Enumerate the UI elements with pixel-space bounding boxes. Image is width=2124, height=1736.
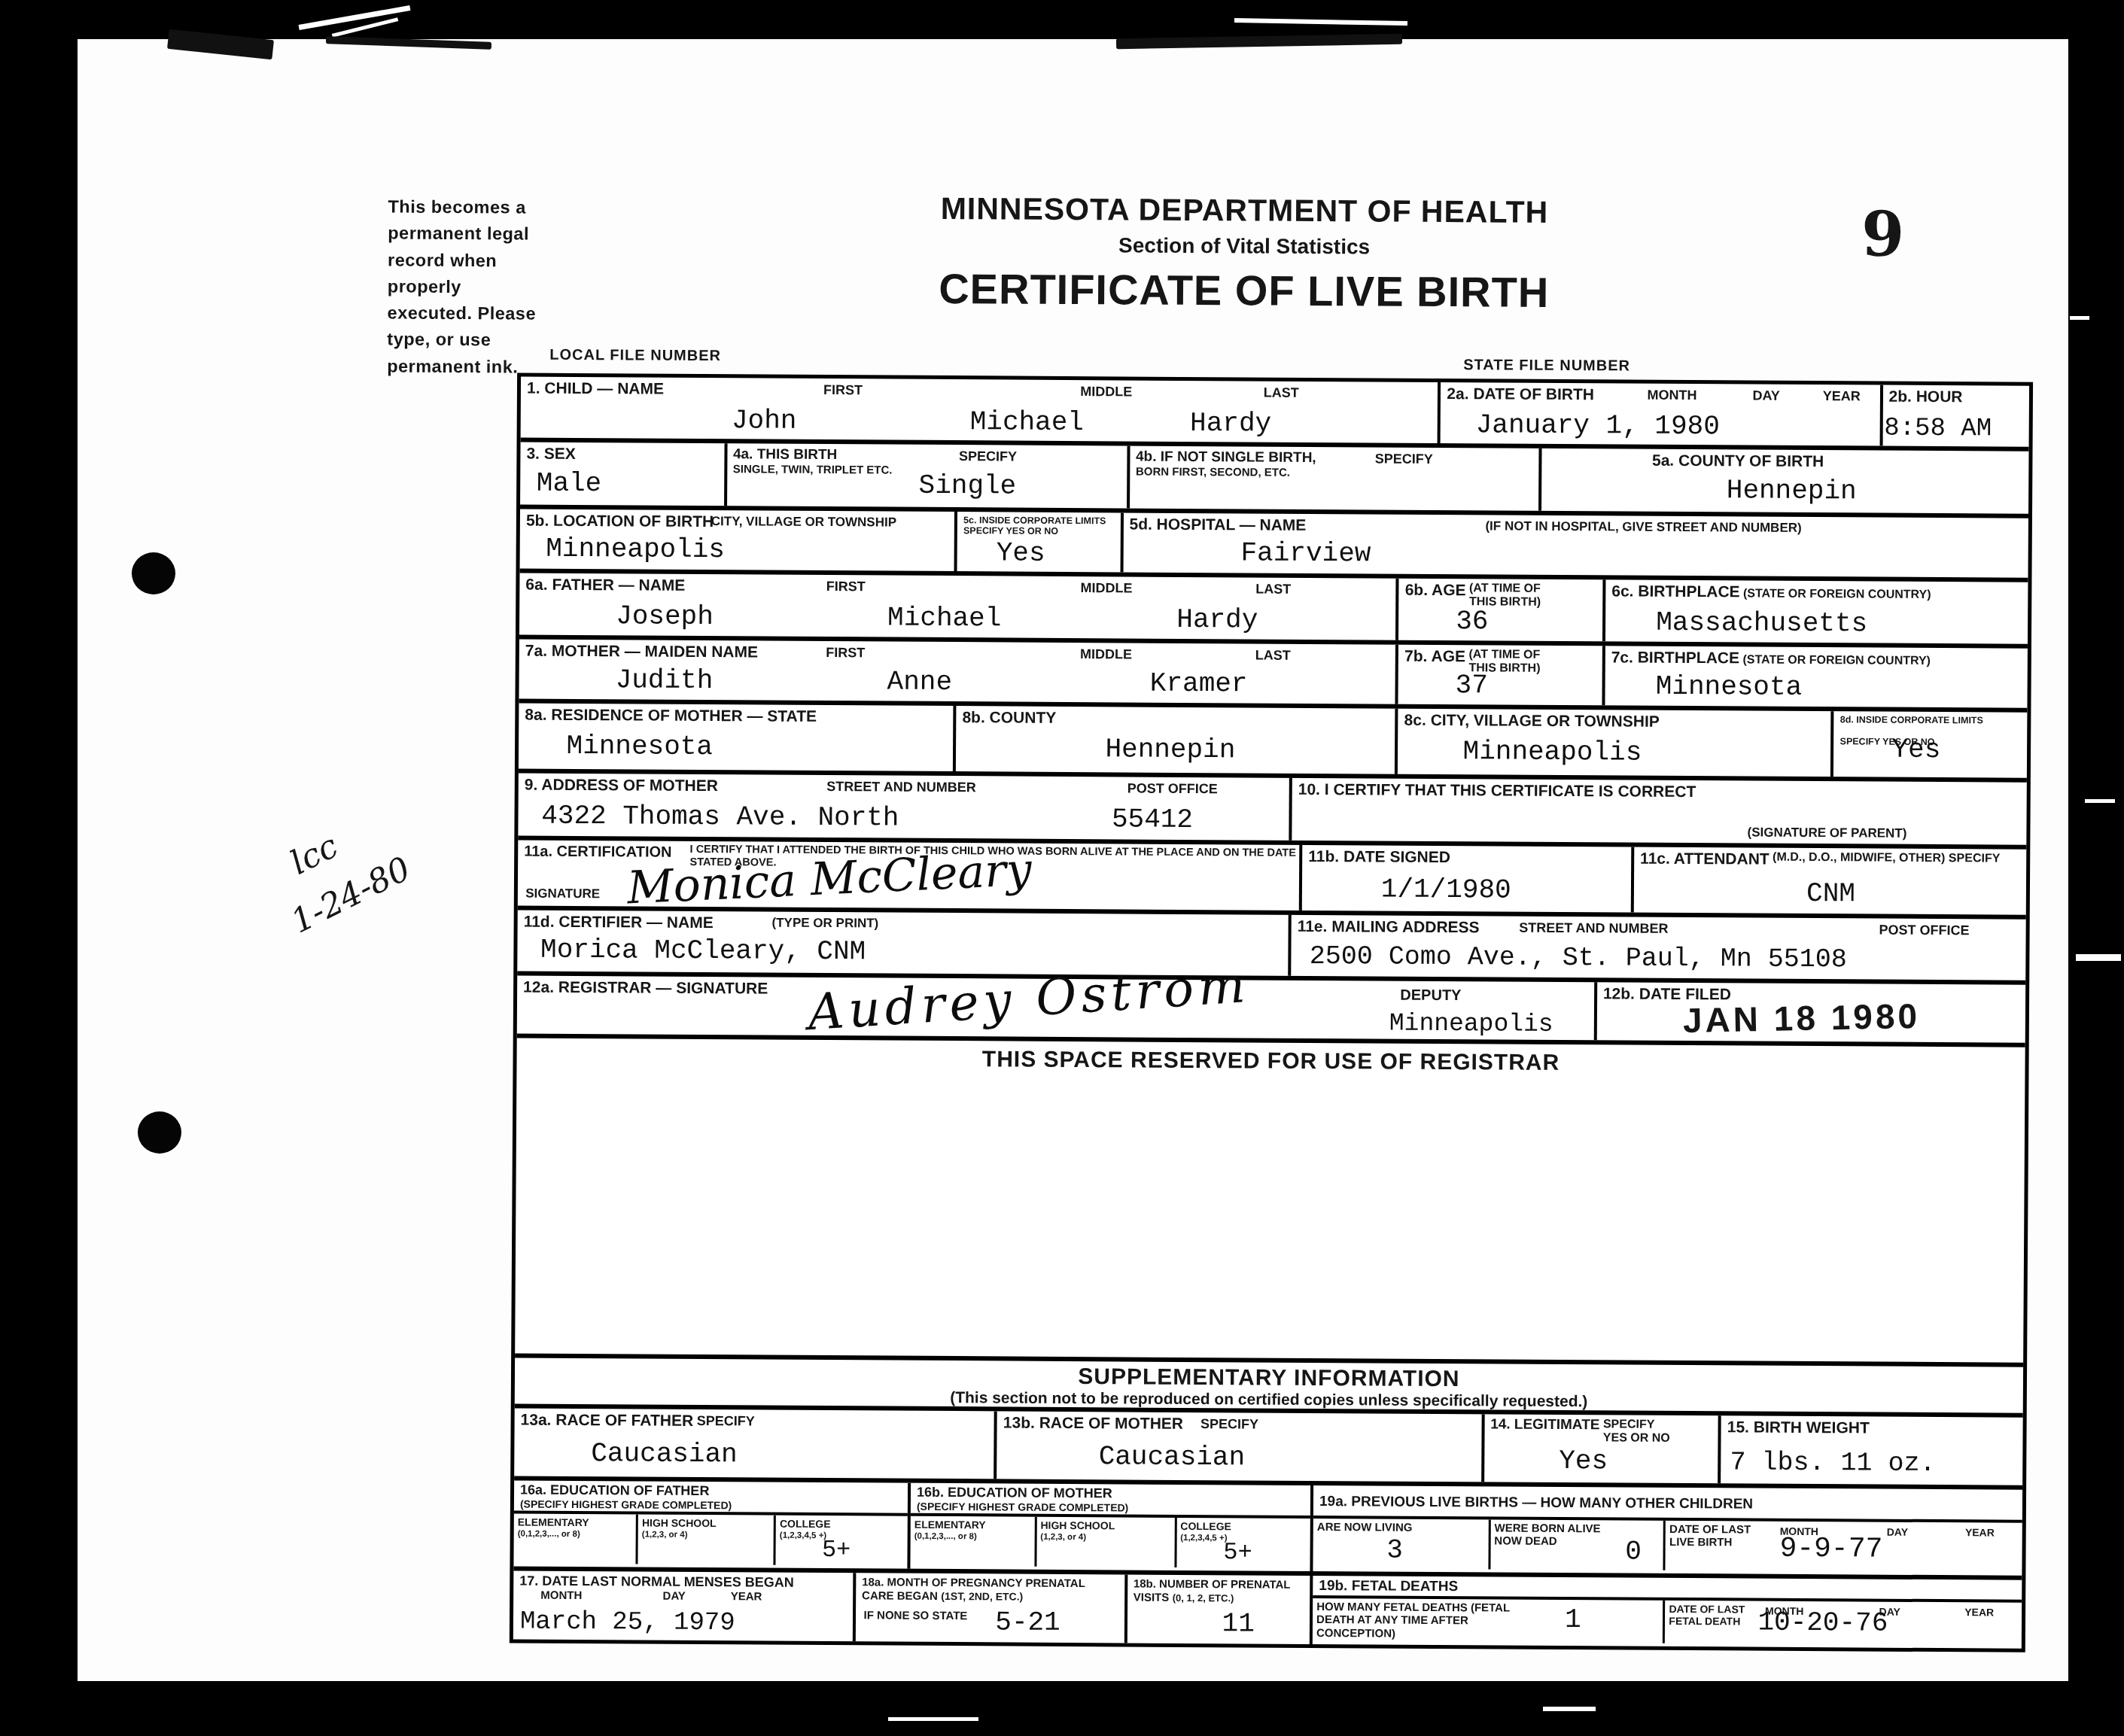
county-of-birth-value: Hennepin [1727,475,1857,506]
field-date-signed: 11b. DATE SIGNED 1/1/1980 [1299,845,1631,913]
race-father-specify-label: SPECIFY [697,1413,755,1429]
field-parent-certify: 10. I CERTIFY THAT THIS CERTIFICATE IS C… [1289,778,2026,845]
certifier-sublabel: (TYPE OR PRINT) [772,916,879,932]
year-column-label: YEAR [1823,388,1861,404]
registrar-space: THIS SPACE RESERVED FOR USE OF REGISTRAR [515,1034,2025,1363]
residence-limits-value: Yes [1891,734,1940,765]
row-menses-fetal: 17. DATE LAST NORMAL MENSES BEGAN MONTH … [513,1567,2022,1649]
field-father-birthplace: 6c. BIRTHPLACE (STATE OR FOREIGN COUNTRY… [1602,579,2028,643]
mother-street-value: 4322 Thomas Ave. North [541,801,899,834]
child-first-value: John [732,405,797,436]
father-age-sublabel: (AT TIME OF THIS BIRTH) [1469,582,1553,609]
mailing-value: 2500 Como Ave., St. Paul, Mn 55108 [1310,941,1847,974]
elementary-label: ELEMENTARY [914,1519,986,1531]
race-father-value: Caucasian [591,1438,738,1470]
race-mother-value: Caucasian [1099,1441,1246,1473]
row-child: 1. CHILD — NAME FIRST MIDDLE LAST John M… [521,377,2029,447]
edu-father-high-school: HIGH SCHOOL (1,2,3, or 4) [636,1515,774,1565]
field-previous-live-births: 19a. PREVIOUS LIVE BIRTHS — HOW MANY OTH… [1310,1485,2023,1576]
attendant-label: 11c. ATTENDANT [1640,850,1769,868]
row-sex-birth-county: 3. SEX Male 4a. THIS BIRTH SINGLE, TWIN,… [520,438,2029,514]
menses-value: March 25, 1979 [520,1608,735,1638]
edu-mother-sublabel: (SPECIFY HIGHEST GRADE COMPLETED) [917,1501,1128,1514]
signature-of-parent-label: (SIGNATURE OF PARENT) [1747,825,1906,841]
father-birthplace-sublabel: (STATE OR FOREIGN COUNTRY) [1743,587,1931,601]
edu-mother-college-value: 5+ [1223,1538,1252,1566]
street-number-label: STREET AND NUMBER [826,779,975,795]
row-mother: 7a. MOTHER — MAIDEN NAME FIRST MIDDLE LA… [519,635,2027,708]
field-prenatal-visits: 18b. NUMBER OF PRENATAL VISITS (0, 1, 2,… [1124,1574,1310,1644]
field-child-name: 1. CHILD — NAME FIRST MIDDLE LAST John M… [521,377,1438,443]
field-registrar-signature: 12a. REGISTRAR — SIGNATURE Audrey Ostrom… [517,976,1594,1041]
field-mother-birthplace: 7c. BIRTHPLACE (STATE OR FOREIGN COUNTRY… [1602,646,2028,707]
father-last-value: Hardy [1176,604,1258,636]
prenatal-visits-value: 11 [1222,1608,1255,1639]
mother-age-label: 7b. AGE [1404,648,1465,666]
date-filed-stamp: JAN 18 1980 [1682,996,1920,1041]
field-mother-address: 9. ADDRESS OF MOTHER STREET AND NUMBER P… [518,774,1289,841]
row-registrar: 12a. REGISTRAR — SIGNATURE Audrey Ostrom… [517,971,2025,1043]
field-legitimate: 14. LEGITIMATE SPECIFY YES OR NO Yes [1481,1414,1718,1483]
month-column-label: MONTH [1647,388,1696,403]
this-birth-specify-label: SPECIFY [959,448,1017,464]
residence-state-value: Minnesota [566,731,713,762]
residence-county-value: Hennepin [1105,734,1235,765]
child-middle-value: Michael [970,406,1084,438]
high-school-label: HIGH SCHOOL [1040,1519,1115,1532]
fetal-deaths-date-value: 10-20-76 [1757,1607,1888,1639]
field-hospital: 5d. HOSPITAL — NAME (IF NOT IN HOSPITAL,… [1120,512,2028,577]
residence-limits-label: 8d. INSIDE CORPORATE LIMITS [1840,714,1983,725]
last-column-label: LAST [1264,385,1299,401]
birth-weight-value: 7 lbs. 11 oz. [1730,1447,1935,1479]
elementary-range: (0,1,2,3,..., or 8) [518,1530,632,1540]
last-live-birth-date: 9-9-77 [1779,1533,1882,1566]
menses-month-label: MONTH [540,1589,582,1602]
field-location-of-birth: 5b. LOCATION OF BIRTH CITY, VILLAGE OR T… [520,509,955,572]
menses-label: 17. DATE LAST NORMAL MENSES BEGAN [519,1574,793,1591]
residence-county-label: 8b. COUNTY [962,709,1056,727]
field-race-father: 13a. RACE OF FATHER SPECIFY Caucasian [514,1409,994,1479]
field-this-birth: 4a. THIS BIRTH SINGLE, TWIN, TRIPLET ETC… [724,443,1127,508]
college-label: COLLEGE [1180,1520,1231,1532]
field-date-filed: 12b. DATE FILED JAN 18 1980 [1594,982,2026,1042]
certifier-value: Morica McCleary, CNM [540,935,866,968]
mother-name-label: 7a. MOTHER — MAIDEN NAME [525,643,758,661]
father-birthplace-value: Massachusetts [1656,607,1867,640]
row-race-weight: 13a. RACE OF FATHER SPECIFY Caucasian 13… [514,1404,2023,1485]
first-column-label: FIRST [823,382,863,398]
mailing-street-label: STREET AND NUMBER [1519,920,1668,937]
father-middle-value: Michael [887,603,1001,634]
scan-artifact [2076,954,2121,961]
field-prenatal-began: 18a. MONTH OF PREGNANCY PRENATAL CARE BE… [853,1573,1124,1643]
post-office-label: POST OFFICE [1127,780,1218,797]
edu-father-label: 16a. EDUCATION OF FATHER [520,1483,709,1499]
field-residence-county: 8b. COUNTY Hennepin [953,706,1395,774]
corp-limits-label: 5c. INSIDE CORPORATE LIMITS [963,515,1106,526]
handwritten-page-number: 9 [1861,198,1905,270]
birth-weight-label: 15. BIRTH WEIGHT [1727,1418,1870,1437]
births-now-living: ARE NOW LIVING 3 [1313,1519,1489,1569]
mother-birthplace-value: Minnesota [1656,671,1803,703]
year-label: YEAR [1965,1526,1995,1538]
margin-handwriting: lcc 1-24-80 [281,796,420,937]
state-file-number-label: STATE FILE NUMBER [1463,357,1630,375]
field-residence-limits: 8d. INSIDE CORPORATE LIMITS SPECIFY YES … [1830,711,2027,778]
previous-births-label: 19a. PREVIOUS LIVE BIRTHS — HOW MANY OTH… [1319,1494,1753,1513]
day-label: DAY [1887,1526,1908,1538]
mother-middle-value: Anne [887,667,953,698]
agency-name: MINNESOTA DEPARTMENT OF HEALTH [740,190,1748,231]
this-birth-label: 4a. THIS BIRTH [733,446,837,463]
year-label: YEAR [1964,1606,1994,1618]
county-of-birth-label: 5a. COUNTY OF BIRTH [1652,452,1824,470]
field-date-of-birth: 2a. DATE OF BIRTH MONTH DAY YEAR January… [1438,382,1880,446]
permanent-record-note: This becomes a permanent legal record wh… [387,193,548,380]
scanned-birth-certificate: { "colors": {"scan_background": "#000000… [0,0,2124,1736]
prenatal-began-note: IF NONE SO STATE [864,1609,968,1622]
field-hour: 2b. HOUR 8:58 AM [1879,385,2029,447]
race-father-label: 13a. RACE OF FATHER [521,1412,694,1430]
father-age-label: 6b. AGE [1405,582,1466,600]
edu-father-elementary: ELEMENTARY (0,1,2,3,..., or 8) [513,1514,636,1564]
corp-limits-sublabel: SPECIFY YES OR NO [963,526,1058,537]
elementary-range: (0,1,2,3,..., or 8) [914,1532,1031,1543]
local-file-number-label: LOCAL FILE NUMBER [549,347,721,365]
field-residence-state: 8a. RESIDENCE OF MOTHER — STATE Minnesot… [519,704,954,772]
row-certification: 11a. CERTIFICATION I CERTIFY THAT I ATTE… [518,836,2027,915]
sex-value: Male [537,468,602,500]
this-birth-value: Single [919,470,1017,502]
father-first-value: Joseph [616,600,714,632]
hospital-label: 5d. HOSPITAL — NAME [1129,515,1306,534]
certifier-label: 11d. CERTIFIER — NAME [524,914,714,932]
document-header: MINNESOTA DEPARTMENT OF HEALTH Section o… [740,190,1749,318]
field-county-of-birth: 5a. COUNTY OF BIRTH Hennepin [1538,448,2029,514]
field-not-single-birth: 4b. IF NOT SINGLE BIRTH, BORN FIRST, SEC… [1127,445,1539,510]
scan-artifact [2085,799,2115,803]
legitimate-sublabel: SPECIFY YES OR NO [1603,1418,1678,1445]
field-mother-age: 7b. AGE (AT TIME OF THIS BIRTH) 37 [1395,645,1602,706]
attendant-sublabel: (M.D., D.O., MIDWIFE, OTHER) SPECIFY [1773,851,2001,865]
field-education-father: 16a. EDUCATION OF FATHER (SPECIFY HIGHES… [513,1481,908,1569]
child-last-value: Hardy [1190,408,1271,439]
prenatal-began-value: 5-21 [995,1607,1060,1638]
college-label: COLLEGE [780,1518,831,1530]
residence-city-label: 8c. CITY, VILLAGE OR TOWNSHIP [1404,712,1660,731]
field-mother-name: 7a. MOTHER — MAIDEN NAME FIRST MIDDLE LA… [519,640,1395,704]
not-single-label: 4b. IF NOT SINGLE BIRTH, [1136,449,1316,466]
certification-label: 11a. CERTIFICATION [524,844,671,861]
row-education-births: 16a. EDUCATION OF FATHER (SPECIFY HIGHES… [513,1476,2022,1576]
sex-label: 3. SEX [526,445,576,463]
form-content: This becomes a permanent legal record wh… [69,37,2070,1691]
mother-address-label: 9. ADDRESS OF MOTHER [525,777,718,795]
document-page: This becomes a permanent legal record wh… [78,39,2068,1681]
deputy-office-value: Minneapolis [1389,1010,1553,1038]
hour-value: 8:58 AM [1884,415,1992,444]
not-single-specify-label: SPECIFY [1375,451,1433,467]
supplementary-header: SUPPLEMENTARY INFORMATION (This section … [515,1354,2023,1413]
field-sex: 3. SEX Male [520,442,724,506]
middle-column-label: MIDDLE [1080,384,1132,400]
mother-first-value: Judith [616,664,714,696]
scan-artifact [1234,18,1407,26]
parent-certify-label: 10. I CERTIFY THAT THIS CERTIFICATE IS C… [1298,781,1696,801]
scan-artifact [888,1717,978,1721]
high-school-range: (1,2,3, or 4) [642,1531,770,1541]
registrar-label: 12a. REGISTRAR — SIGNATURE [523,979,768,998]
child-name-label: 1. CHILD — NAME [527,380,664,398]
field-menses: 17. DATE LAST NORMAL MENSES BEGAN MONTH … [513,1571,853,1642]
registrar-space-label: THIS SPACE RESERVED FOR USE OF REGISTRAR [516,1038,2025,1079]
now-living-value: 3 [1386,1535,1403,1566]
field-certification: 11a. CERTIFICATION I CERTIFY THAT I ATTE… [518,841,1300,911]
deputy-label: DEPUTY [1400,987,1461,1005]
menses-day-label: DAY [663,1590,686,1603]
legitimate-label: 14. LEGITIMATE [1490,1417,1599,1433]
prenatal-visits-sublabel: (0, 1, 2, ETC.) [1173,1592,1234,1604]
edu-father-college-value: 5+ [822,1536,851,1564]
field-father-age: 6b. AGE (AT TIME OF THIS BIRTH) 36 [1395,579,1602,642]
menses-year-label: YEAR [731,1590,762,1603]
hour-label: 2b. HOUR [1888,388,1962,406]
mother-birthplace-label: 7c. BIRTHPLACE [1611,649,1739,667]
field-attendant: 11c. ATTENDANT (M.D., D.O., MIDWIFE, OTH… [1631,847,2027,915]
date-last-live-birth: DATE OF LAST LIVE BIRTH MONTH DAY YEAR 9… [1663,1521,2022,1573]
mother-middle-label: MIDDLE [1080,646,1132,662]
race-mother-label: 13b. RACE OF MOTHER [1003,1414,1183,1433]
father-birthplace-label: 6c. BIRTHPLACE [1611,582,1739,600]
legitimate-value: Yes [1559,1446,1608,1476]
field-birth-weight: 15. BIRTH WEIGHT 7 lbs. 11 oz. [1718,1415,2022,1485]
race-mother-specify-label: SPECIFY [1200,1416,1258,1432]
attendant-signature: Monica McCleary [626,844,1033,915]
now-dead-label: WERE BORN ALIVE NOW DEAD [1494,1522,1610,1548]
row-residence: 8a. RESIDENCE OF MOTHER — STATE Minnesot… [519,699,2028,778]
edu-father-sublabel: (SPECIFY HIGHEST GRADE COMPLETED) [520,1499,732,1512]
row-certifier-mailing: 11d. CERTIFIER — NAME (TYPE OR PRINT) Mo… [517,906,2025,980]
mother-last-label: LAST [1255,648,1291,664]
edu-father-college: COLLEGE (1,2,3,4,5 +) 5+ [774,1516,908,1566]
hospital-sublabel: (IF NOT IN HOSPITAL, GIVE STREET AND NUM… [1485,518,1801,536]
now-dead-value: 0 [1625,1537,1642,1567]
field-corporate-limits-birth: 5c. INSIDE CORPORATE LIMITS SPECIFY YES … [954,512,1121,572]
mother-age-value: 37 [1456,670,1488,701]
attendant-value: CNM [1806,878,1855,909]
location-value: Minneapolis [546,534,725,565]
location-sublabel: CITY, VILLAGE OR TOWNSHIP [711,514,929,531]
edu-mother-label: 16b. EDUCATION OF MOTHER [917,1485,1112,1501]
date-signed-value: 1/1/1980 [1381,874,1511,906]
mother-last-value: Kramer [1150,668,1248,700]
father-age-value: 36 [1456,606,1488,637]
mailing-post-label: POST OFFICE [1879,923,1969,939]
father-last-label: LAST [1255,582,1291,597]
fetal-deaths-date-label: DATE OF LAST FETAL DEATH [1669,1603,1745,1628]
row-father: 6a. FATHER — NAME FIRST MIDDLE LAST Jose… [519,569,2028,644]
mother-birthplace-sublabel: (STATE OR FOREIGN COUNTRY) [1742,653,1931,667]
date-signed-label: 11b. DATE SIGNED [1308,848,1450,866]
residence-state-label: 8a. RESIDENCE OF MOTHER — STATE [525,707,817,725]
dob-label: 2a. DATE OF BIRTH [1447,385,1594,403]
fetal-deaths-count-value: 1 [1565,1604,1581,1635]
high-school-label: HIGH SCHOOL [642,1517,717,1530]
field-education-mother: 16b. EDUCATION OF MOTHER (SPECIFY HIGHES… [907,1483,1310,1571]
father-first-label: FIRST [826,579,866,594]
field-race-mother: 13b. RACE OF MOTHER SPECIFY Caucasian [994,1411,1481,1482]
field-mailing-address: 11e. MAILING ADDRESS STREET AND NUMBER P… [1288,915,2025,980]
day-column-label: DAY [1752,388,1779,404]
father-middle-label: MIDDLE [1080,580,1132,596]
fetal-deaths-label: 19b. FETAL DEATHS [1319,1579,1458,1595]
document-title: CERTIFICATE OF LIVE BIRTH [740,263,1748,318]
fetal-deaths-count: HOW MANY FETAL DEATHS (FETAL DEATH AT AN… [1313,1598,1663,1643]
edu-mother-high-school: HIGH SCHOOL (1,2,3, or 4) [1034,1517,1174,1567]
edu-mother-elementary: ELEMENTARY (0,1,2,3,..., or 8) [910,1516,1034,1567]
scan-artifact [1543,1707,1596,1711]
certificate-form: 1. CHILD — NAME FIRST MIDDLE LAST John M… [510,373,2033,1652]
this-birth-sublabel: SINGLE, TWIN, TRIPLET ETC. [733,463,893,476]
mother-first-label: FIRST [826,645,865,661]
location-label: 5b. LOCATION OF BIRTH [526,512,714,531]
scan-artifact [2070,316,2089,320]
not-single-sublabel: BORN FIRST, SECOND, ETC. [1136,465,1290,479]
hospital-value: Fairview [1240,537,1371,569]
mailing-label: 11e. MAILING ADDRESS [1298,918,1480,937]
now-living-label: ARE NOW LIVING [1317,1521,1413,1534]
fetal-deaths-date: DATE OF LAST FETAL DEATH MONTH DAY YEAR … [1663,1601,2022,1646]
high-school-range: (1,2,3, or 4) [1040,1533,1170,1543]
field-father-name: 6a. FATHER — NAME FIRST MIDDLE LAST Jose… [519,573,1396,640]
fetal-deaths-count-label: HOW MANY FETAL DEATHS (FETAL DEATH AT AN… [1316,1601,1529,1640]
row-address-certify: 9. ADDRESS OF MOTHER STREET AND NUMBER P… [518,769,2027,845]
father-name-label: 6a. FATHER — NAME [525,576,685,594]
section-name: Section of Vital Statistics [740,231,1748,261]
corp-limits-value: Yes [997,537,1045,568]
field-fetal-deaths: 19b. FETAL DEATHS HOW MANY FETAL DEATHS … [1310,1576,2022,1649]
last-live-birth-label: DATE OF LAST LIVE BIRTH [1669,1523,1753,1549]
mother-post-office-value: 55412 [1112,804,1193,835]
residence-city-value: Minneapolis [1463,736,1642,768]
prenatal-began-sublabel: (1ST, 2ND, ETC.) [941,1590,1023,1603]
elementary-label: ELEMENTARY [518,1516,589,1529]
births-now-dead: WERE BORN ALIVE NOW DEAD 0 [1488,1519,1663,1570]
row-location-hospital: 5b. LOCATION OF BIRTH CITY, VILLAGE OR T… [520,505,2028,578]
edu-mother-college: COLLEGE (1,2,3,4,5 +) 5+ [1174,1518,1310,1568]
dob-value: January 1, 1980 [1476,409,1720,442]
field-residence-city: 8c. CITY, VILLAGE OR TOWNSHIP Minneapoli… [1395,709,1831,777]
signature-label: SIGNATURE [525,886,600,902]
